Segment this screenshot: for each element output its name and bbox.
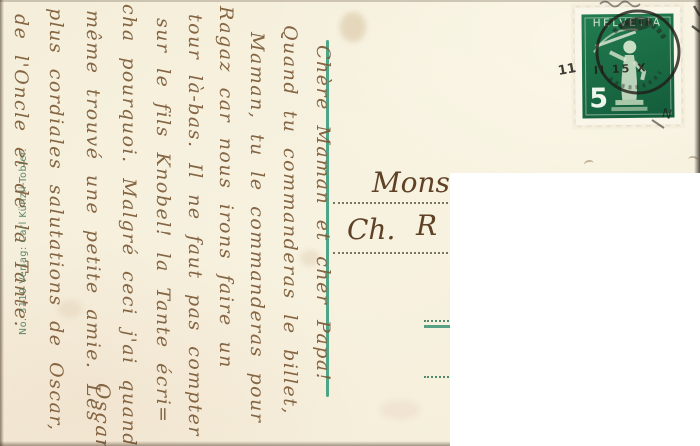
message-line: tour là-bas. Il ne faut pas compter: [178, 14, 212, 434]
paper-stain: [380, 400, 420, 420]
censor-box: [450, 173, 700, 446]
message-line: Quand tu commanderas le billet,: [273, 25, 307, 417]
address-salutation: Mons: [372, 166, 450, 199]
message-line: plus cordiales salutations de Oscar,: [39, 8, 73, 432]
message-signature: Oscar: [86, 383, 120, 445]
postcard-scan: Chère Maman et cher Papa! Quand tu comma…: [0, 0, 700, 446]
message-line: sur le fils Knobel! la Tante écri=: [146, 18, 180, 442]
scan-edge-bottom: [0, 441, 455, 446]
postmark-date: II 15 X: [594, 61, 648, 77]
address-line-3: [424, 320, 452, 322]
address-line-3-rule: [424, 325, 452, 328]
postmark: 11 II 15 X N: [552, 0, 700, 140]
address-line-1: [333, 202, 452, 204]
message-line: cha pourquoi. Malgré ceci j'ai quand: [112, 4, 146, 444]
message-line: Maman, tu le commanderas pour: [240, 32, 274, 432]
message-line: Ragaz car nous irons faire un: [209, 6, 243, 398]
paper-stain: [340, 12, 366, 42]
postmark-numerals: 11: [557, 61, 577, 79]
address-name-right: R: [416, 209, 437, 242]
address-line-4: [424, 376, 452, 378]
scan-edge-left: [0, 0, 4, 446]
message-line: Chère Maman et cher Papa!: [306, 45, 340, 385]
publisher-imprint: No. 3110 Verlag: Carl Künzli-Tobler.: [18, 67, 32, 335]
handwriting-fragment: [583, 159, 594, 169]
address-line-2: [333, 252, 452, 254]
message-line: même trouvé une petite amie. Les: [76, 10, 110, 422]
postmark-letter: N: [660, 106, 673, 123]
address-name-left: Ch.: [347, 213, 395, 246]
